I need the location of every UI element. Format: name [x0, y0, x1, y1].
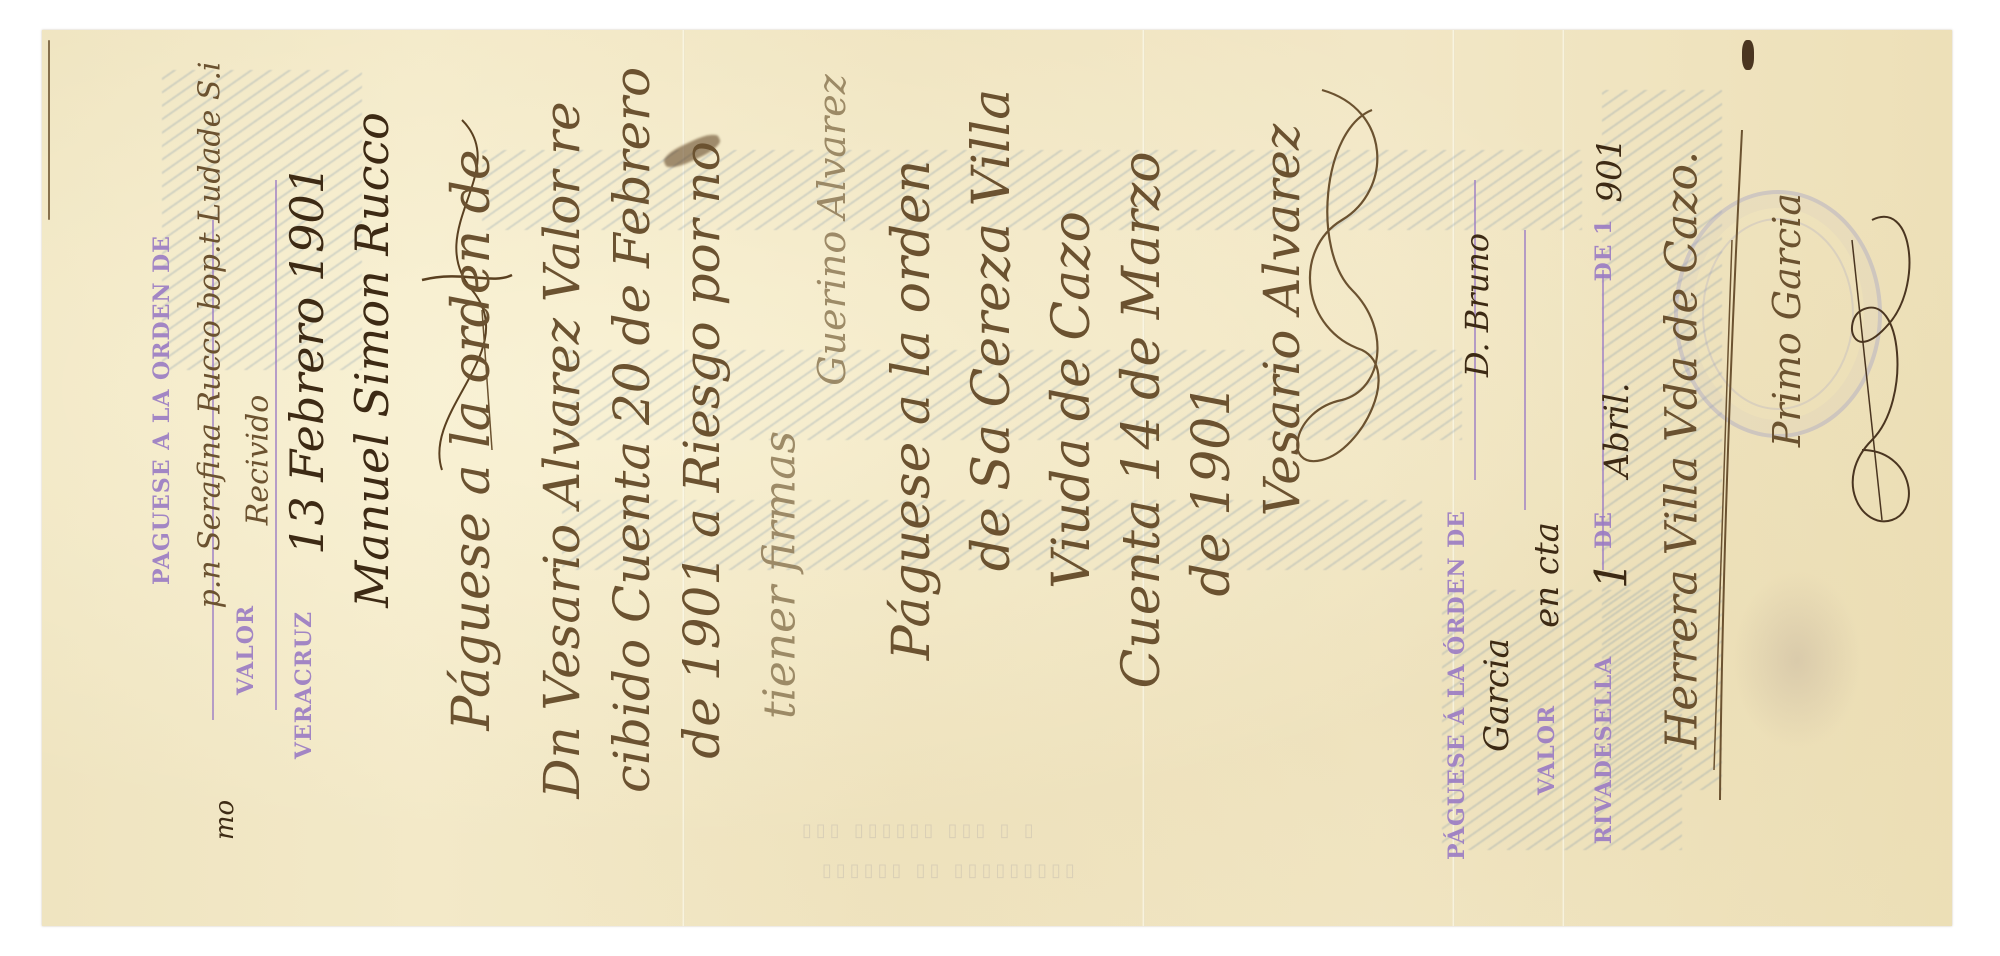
signature-flourish — [1282, 70, 1402, 490]
final-signature: Primo Garcia — [1765, 193, 1809, 447]
show-through-print: ▯▯▯ ▯▯▯▯▯▯ ▯▯▯ ▯ ▯ — [802, 820, 1038, 841]
endorsement3-line-2: de Sa Cereza Villa — [962, 89, 1022, 571]
document-sheet: ▯▯▯ ▯▯▯▯▯▯ ▯▯▯ ▯ ▯ ▯▯▯▯▯▯ ▯▯ ▯▯▯▯▯▯▯▯▯ P… — [42, 30, 1952, 926]
endorsee-garcia: Garcia — [1477, 638, 1517, 752]
endorsement-month: Abril. — [1597, 382, 1637, 477]
endorsement-year: 901 — [1590, 138, 1630, 203]
stamp-valor: VALOR — [233, 605, 259, 695]
stamp-de: DE — [1591, 511, 1617, 549]
valor-recivido: Recivido — [241, 395, 276, 526]
endorsement2-line-2: Dn Vesario Alvarez Valor re — [533, 101, 591, 798]
margin-note: mo — [210, 800, 240, 840]
endorsement3-line-5: de 1901 — [1182, 384, 1242, 597]
signature-underline — [1712, 120, 1752, 820]
perforated-edge — [42, 922, 1952, 926]
signature-flourish — [1832, 200, 1922, 540]
endorsement2-signature: Guerino Alvarez — [810, 74, 854, 385]
endorsement2-line-5: tiener firmas — [755, 431, 806, 719]
endorsement-day: 1 — [1587, 561, 1638, 589]
endorsee-name: p.n Serafina Rucco bop.t Ludade S.i — [193, 61, 228, 608]
endorsee-d-bruno: D. Bruno — [1458, 233, 1496, 377]
perforated-edge — [1948, 30, 1952, 926]
stamp-veracruz: VERACRUZ — [291, 611, 317, 759]
endorser-signature-herrera: Herrera Villa Vda de Cazo. — [1657, 151, 1708, 749]
endorsement2-line-3: cibido Cuenta 20 de Febrero — [603, 67, 661, 793]
ink-blot — [1742, 40, 1754, 70]
stamp-valor: VALOR — [1534, 705, 1560, 795]
endorsement-date: 13 Febrero 1901 — [280, 165, 334, 555]
stamp-paguese-a-la-orden: PAGUESE A LA ORDEN DE — [149, 235, 175, 585]
valor-en-cuenta: en cta — [1527, 522, 1567, 628]
stamp-year-prefix: DE 1 — [1591, 219, 1617, 282]
endorsement2-line-1: Páguese a la orden de — [442, 149, 502, 730]
endorsement2-line-4: de 1901 a Riesgo por no — [673, 141, 731, 758]
endorsement3-line-1: Páguese a la orden — [882, 160, 942, 661]
stamp-rivadesella: RIVADESELLA — [1591, 656, 1617, 845]
stamp-paguese-a-la-orden: PÁGUESE Á LA ÓRDEN DE — [1444, 510, 1470, 860]
stamp-underline — [1524, 230, 1526, 510]
left-edge-ink-line — [48, 40, 50, 220]
show-through-print: ▯▯▯▯▯▯ ▯▯ ▯▯▯▯▯▯▯▯▯ — [822, 860, 1079, 881]
endorser-signature: Manuel Simon Rucco — [345, 112, 399, 608]
endorsement3-line-3: Viuda de Cazo — [1042, 211, 1102, 589]
endorsement3-line-4: Cuenta 14 de Marzo — [1112, 151, 1172, 688]
